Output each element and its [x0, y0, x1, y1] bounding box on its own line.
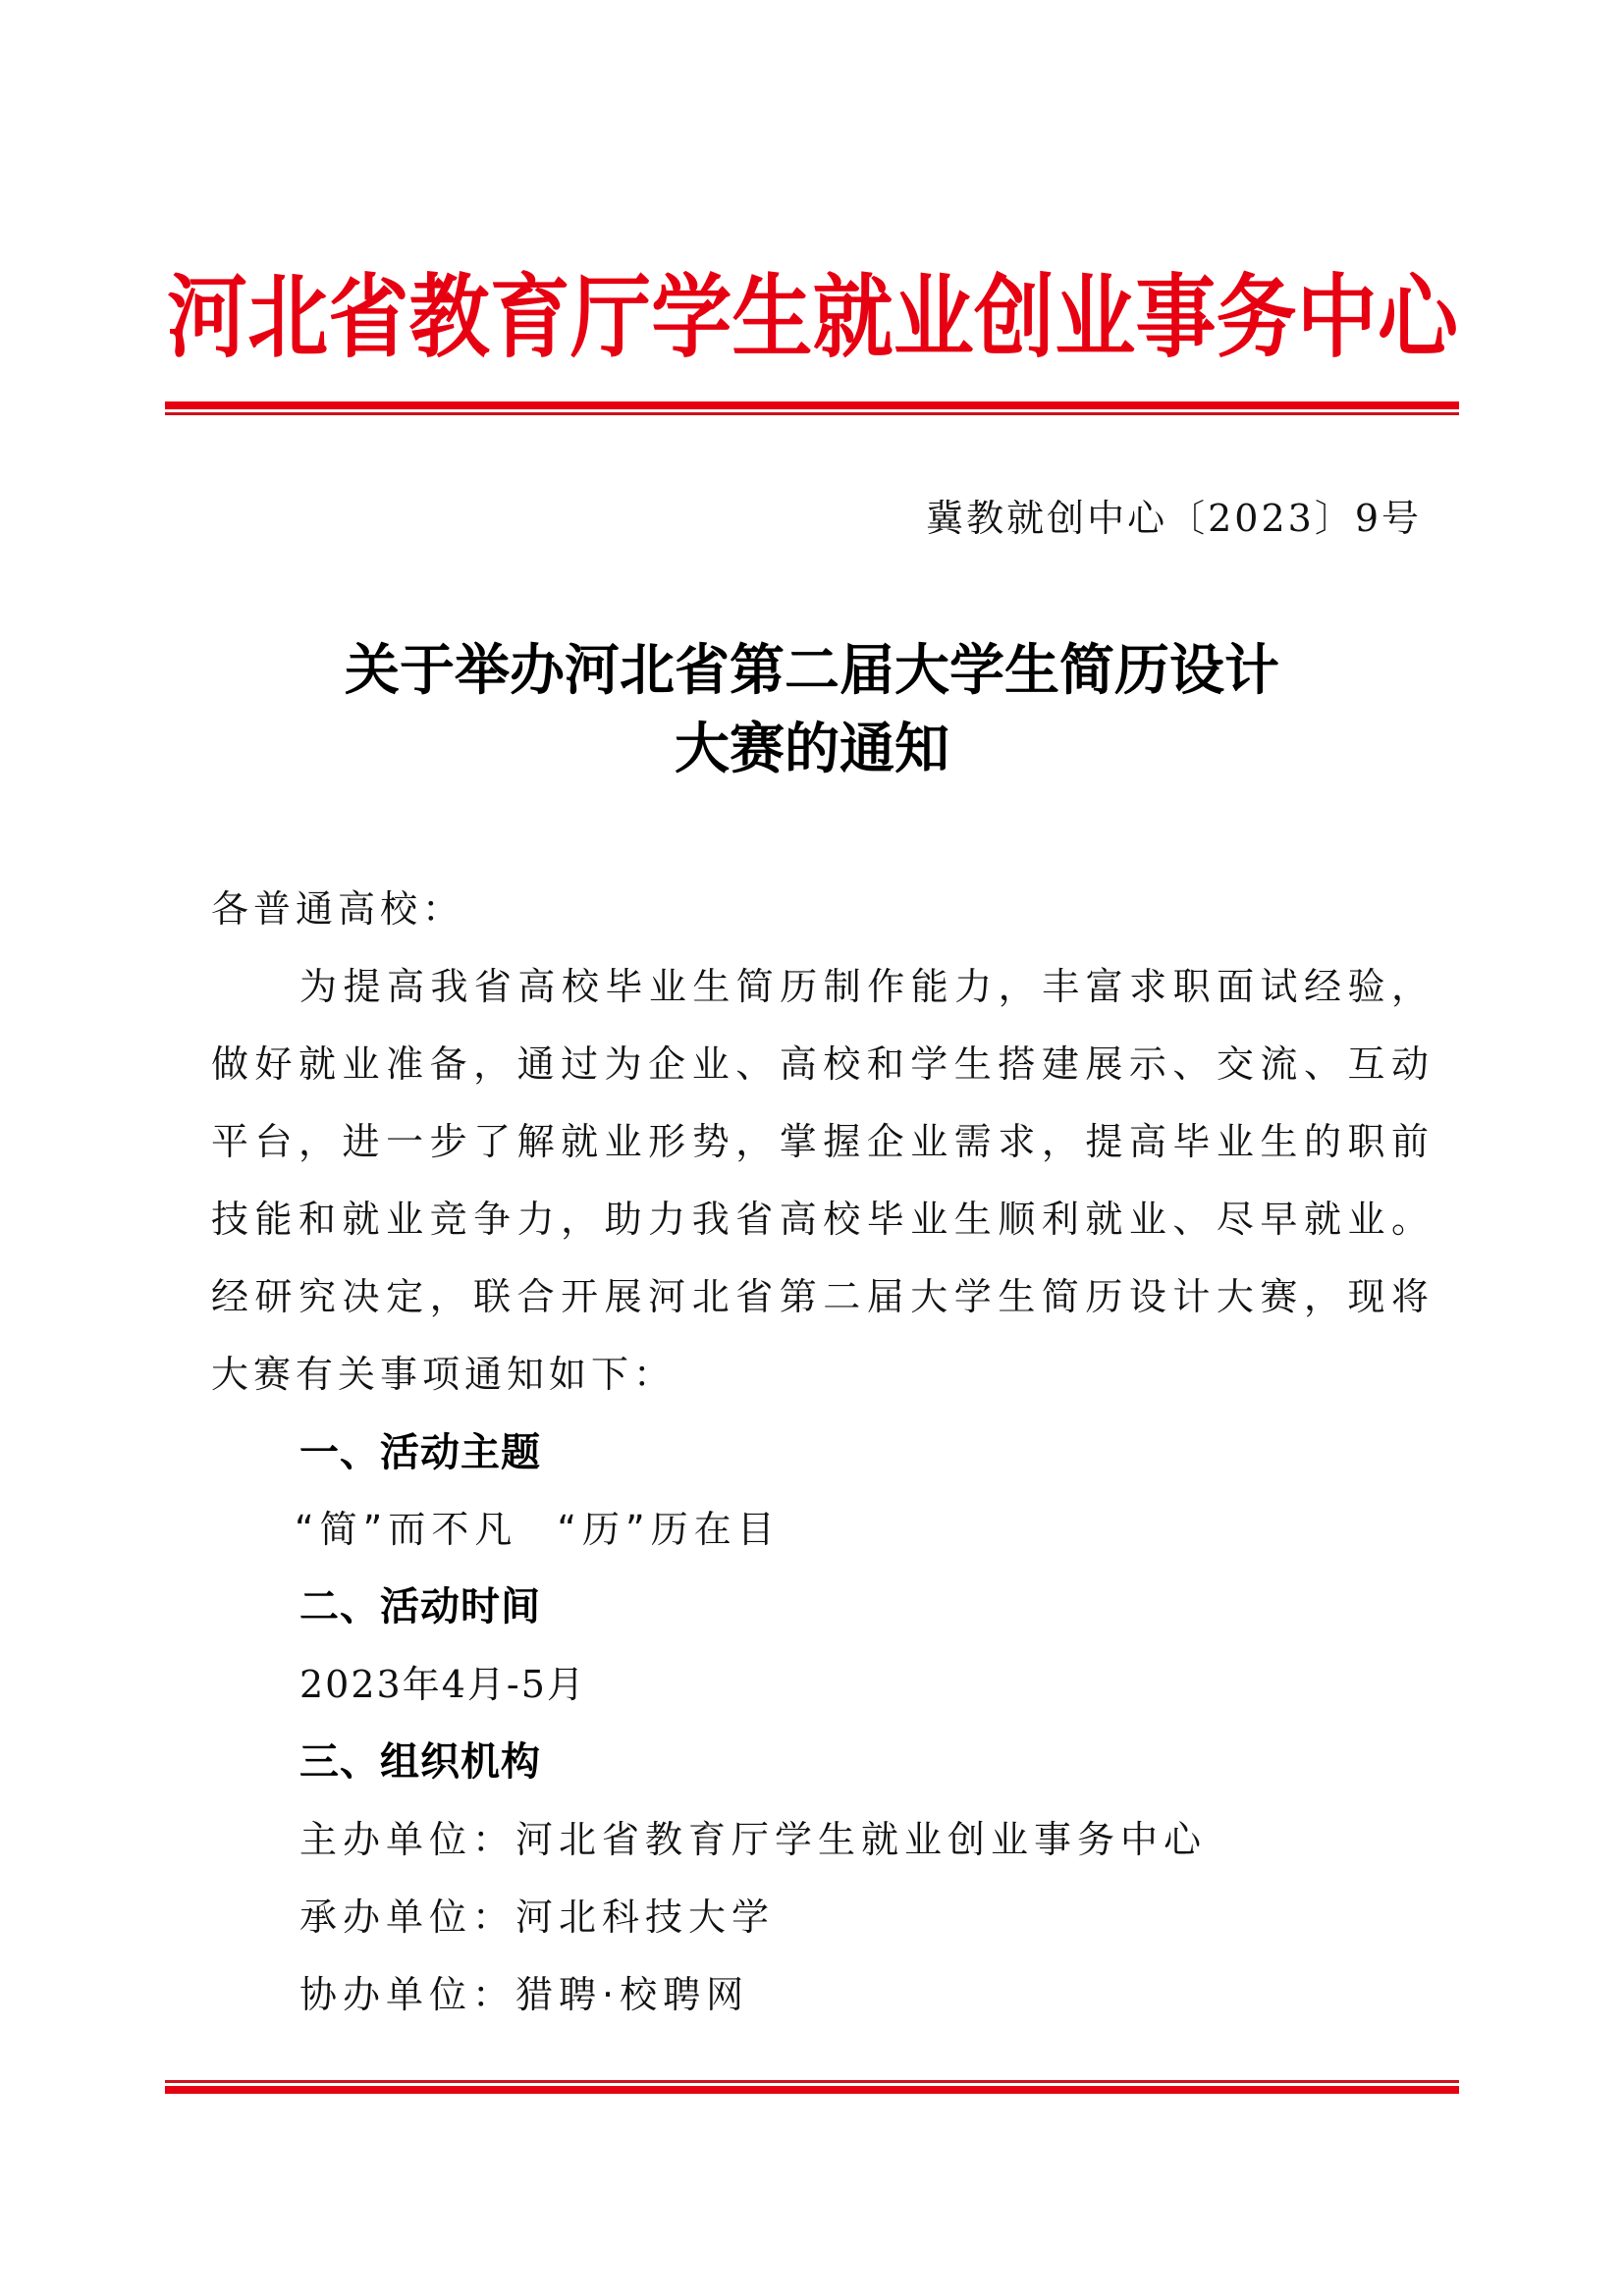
organizer-host: 主办单位：河北省教育厅学生就业创业事务中心	[299, 1810, 1207, 1869]
intro-paragraph-line: 平台，进一步了解就业形势，掌握企业需求，提高毕业生的职前	[211, 1112, 1429, 1171]
footer-rule-thin	[165, 2080, 1459, 2083]
organizer-co-organizer: 协办单位：猎聘·校聘网	[299, 1965, 749, 2024]
section-heading-time: 二、活动时间	[299, 1577, 541, 1636]
document-number: 冀教就创中心〔2023〕9号	[911, 494, 1422, 543]
section-heading-theme: 一、活动主题	[299, 1423, 541, 1482]
document-title-line-2: 大赛的通知	[196, 717, 1428, 781]
masthead-rule-thin	[165, 412, 1459, 415]
salutation: 各普通高校：	[211, 880, 1429, 938]
document-page: 河北省教育厅学生就业创业事务中心 冀教就创中心〔2023〕9号 关于举办河北省第…	[0, 0, 1624, 2296]
intro-paragraph-line: 做好就业准备，通过为企业、高校和学生搭建展示、交流、互动	[211, 1035, 1429, 1094]
footer-rule-thick	[165, 2086, 1459, 2094]
theme-text: “简”而不凡“历”历在目	[295, 1500, 781, 1559]
intro-paragraph-line: 大赛有关事项通知如下：	[211, 1345, 1429, 1404]
section-heading-organization: 三、组织机构	[299, 1733, 541, 1791]
intro-paragraph-line: 技能和就业竞争力，助力我省高校毕业生顺利就业、尽早就业。	[211, 1190, 1429, 1249]
intro-paragraph-line: 为提高我省高校毕业生简历制作能力，丰富求职面试经验，	[299, 957, 1429, 1016]
intro-paragraph-line: 经研究决定，联合开展河北省第二届大学生简历设计大赛，现将	[211, 1267, 1429, 1326]
document-title-line-1: 关于举办河北省第二届大学生简历设计	[196, 638, 1428, 703]
masthead-rule-thick	[165, 401, 1459, 409]
activity-time: 2023年4月-5月	[299, 1655, 586, 1714]
theme-part-1: “简”而不凡	[295, 1508, 517, 1551]
theme-part-2: “历”历在目	[557, 1508, 780, 1551]
masthead-org-name: 河北省教育厅学生就业创业事务中心	[167, 257, 1458, 378]
organizer-undertaker: 承办单位：河北科技大学	[299, 1888, 775, 1947]
